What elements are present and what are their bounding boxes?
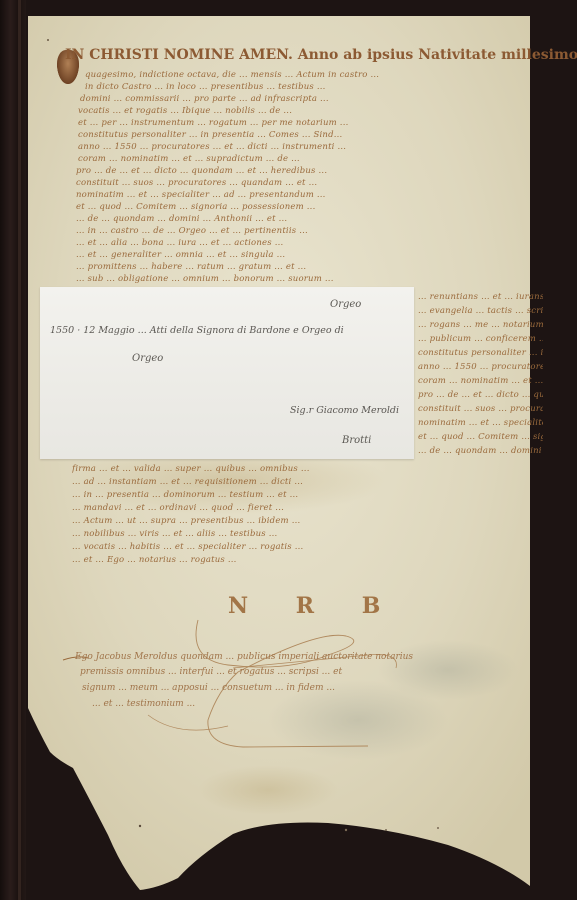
- label-signature-line: Sig.r Giacomo Meroldi: [290, 405, 399, 416]
- body-line: ... publicum ... conficerem ... instrume…: [418, 334, 543, 344]
- body-line: nominatim ... et ... specialiter ... ad …: [418, 418, 543, 428]
- body-line: firma ... et ... valida ... super ... qu…: [72, 464, 544, 474]
- body-line: domini ... commissarii ... pro parte ...…: [80, 94, 545, 104]
- body-line: constitutus personaliter ... in presenti…: [418, 348, 543, 358]
- body-line: constituit ... suos ... procuratores ...…: [418, 404, 543, 414]
- notary-subscription-line: Ego Jacobus Meroldus quondam ... publicu…: [75, 652, 545, 662]
- archival-label: Orgeo 1550 · 12 Maggio ... Atti della Si…: [40, 287, 414, 459]
- body-line: ... rogans ... me ... notarium ... ut ..…: [418, 320, 543, 330]
- body-line: ... nobilibus ... viris ... et ... aliis…: [72, 529, 544, 539]
- body-line: in dicto Castro ... in loco ... presenti…: [85, 82, 545, 92]
- body-line: vocatis ... et rogatis ... Ibique ... no…: [78, 106, 545, 116]
- notary-subscription-line: signum ... meum ... apposui ... consuetu…: [82, 683, 542, 693]
- body-line: ... Actum ... ut ... supra ... presentib…: [72, 516, 544, 526]
- label-main-line: 1550 · 12 Maggio ... Atti della Signora …: [50, 325, 380, 336]
- body-line: ... de ... quondam ... domini ... Anthon…: [76, 214, 545, 224]
- body-line: ... evangelia ... tactis ... scripturis …: [418, 306, 543, 316]
- body-line: ... ad ... instantiam ... et ... requisi…: [72, 477, 544, 487]
- body-line: constitutus personaliter ... in presenti…: [78, 130, 545, 140]
- body-line: ... et ... Ego ... notarius ... rogatus …: [72, 555, 372, 565]
- label-signature-name: Brotti: [342, 435, 371, 446]
- body-line: ... mandavi ... et ... ordinavi ... quod…: [72, 503, 544, 513]
- notary-monogram: N R B: [228, 593, 400, 619]
- body-line: ... et ... generaliter ... omnia ... et …: [76, 250, 545, 260]
- body-line: ... sub ... obligatione ... omnium ... b…: [76, 274, 545, 284]
- body-line: anno ... 1550 ... procuratores ... et ..…: [78, 142, 545, 152]
- notary-subscription-line: ... et ... testimonium ...: [92, 699, 292, 709]
- body-line: constituit ... suos ... procuratores ...…: [76, 178, 545, 188]
- label-place-top: Orgeo: [330, 299, 361, 310]
- body-line: ... in ... presentia ... dominorum ... t…: [72, 490, 544, 500]
- body-line: coram ... nominatim ... et ... supradict…: [78, 154, 545, 164]
- body-line: ... et ... alia ... bona ... iura ... et…: [76, 238, 545, 248]
- body-line: et ... per ... instrumentum ... rogatum …: [78, 118, 545, 128]
- body-line: et ... quod ... Comitem ... signoria ...…: [76, 202, 545, 212]
- body-line: ... vocatis ... habitis ... et ... speci…: [72, 542, 544, 552]
- binding-strip: [0, 0, 26, 900]
- body-line: pro ... de ... et ... dicto ... quondam …: [76, 166, 545, 176]
- body-line: anno ... 1550 ... procuratores ... et ..…: [418, 362, 543, 372]
- body-line: nominatim ... et ... specialiter ... ad …: [76, 190, 545, 200]
- binding-edge: [18, 0, 21, 900]
- body-line: ... in ... castro ... de ... Orgeo ... e…: [76, 226, 545, 236]
- body-line: coram ... nominatim ... et ... supradict…: [418, 376, 543, 386]
- body-line: pro ... de ... et ... dicto ... quondam …: [418, 390, 543, 400]
- body-line: ... promittens ... habere ... ratum ... …: [76, 262, 545, 272]
- notary-subscription-line: premissis omnibus ... interfui ... et ro…: [80, 667, 545, 677]
- body-line: quagesimo, indictione octava, die ... me…: [85, 70, 545, 80]
- label-second-line: Orgeo: [132, 353, 163, 364]
- body-line: ... renuntians ... et ... iurans ... ad …: [418, 292, 543, 302]
- body-line: et ... quod ... Comitem ... signoria ...…: [418, 432, 543, 442]
- incipit-line: IN CHRISTI NOMINE AMEN. Anno ab ipsius N…: [65, 47, 577, 63]
- body-line: ... de ... quondam ... domini ... Anthon…: [418, 446, 543, 456]
